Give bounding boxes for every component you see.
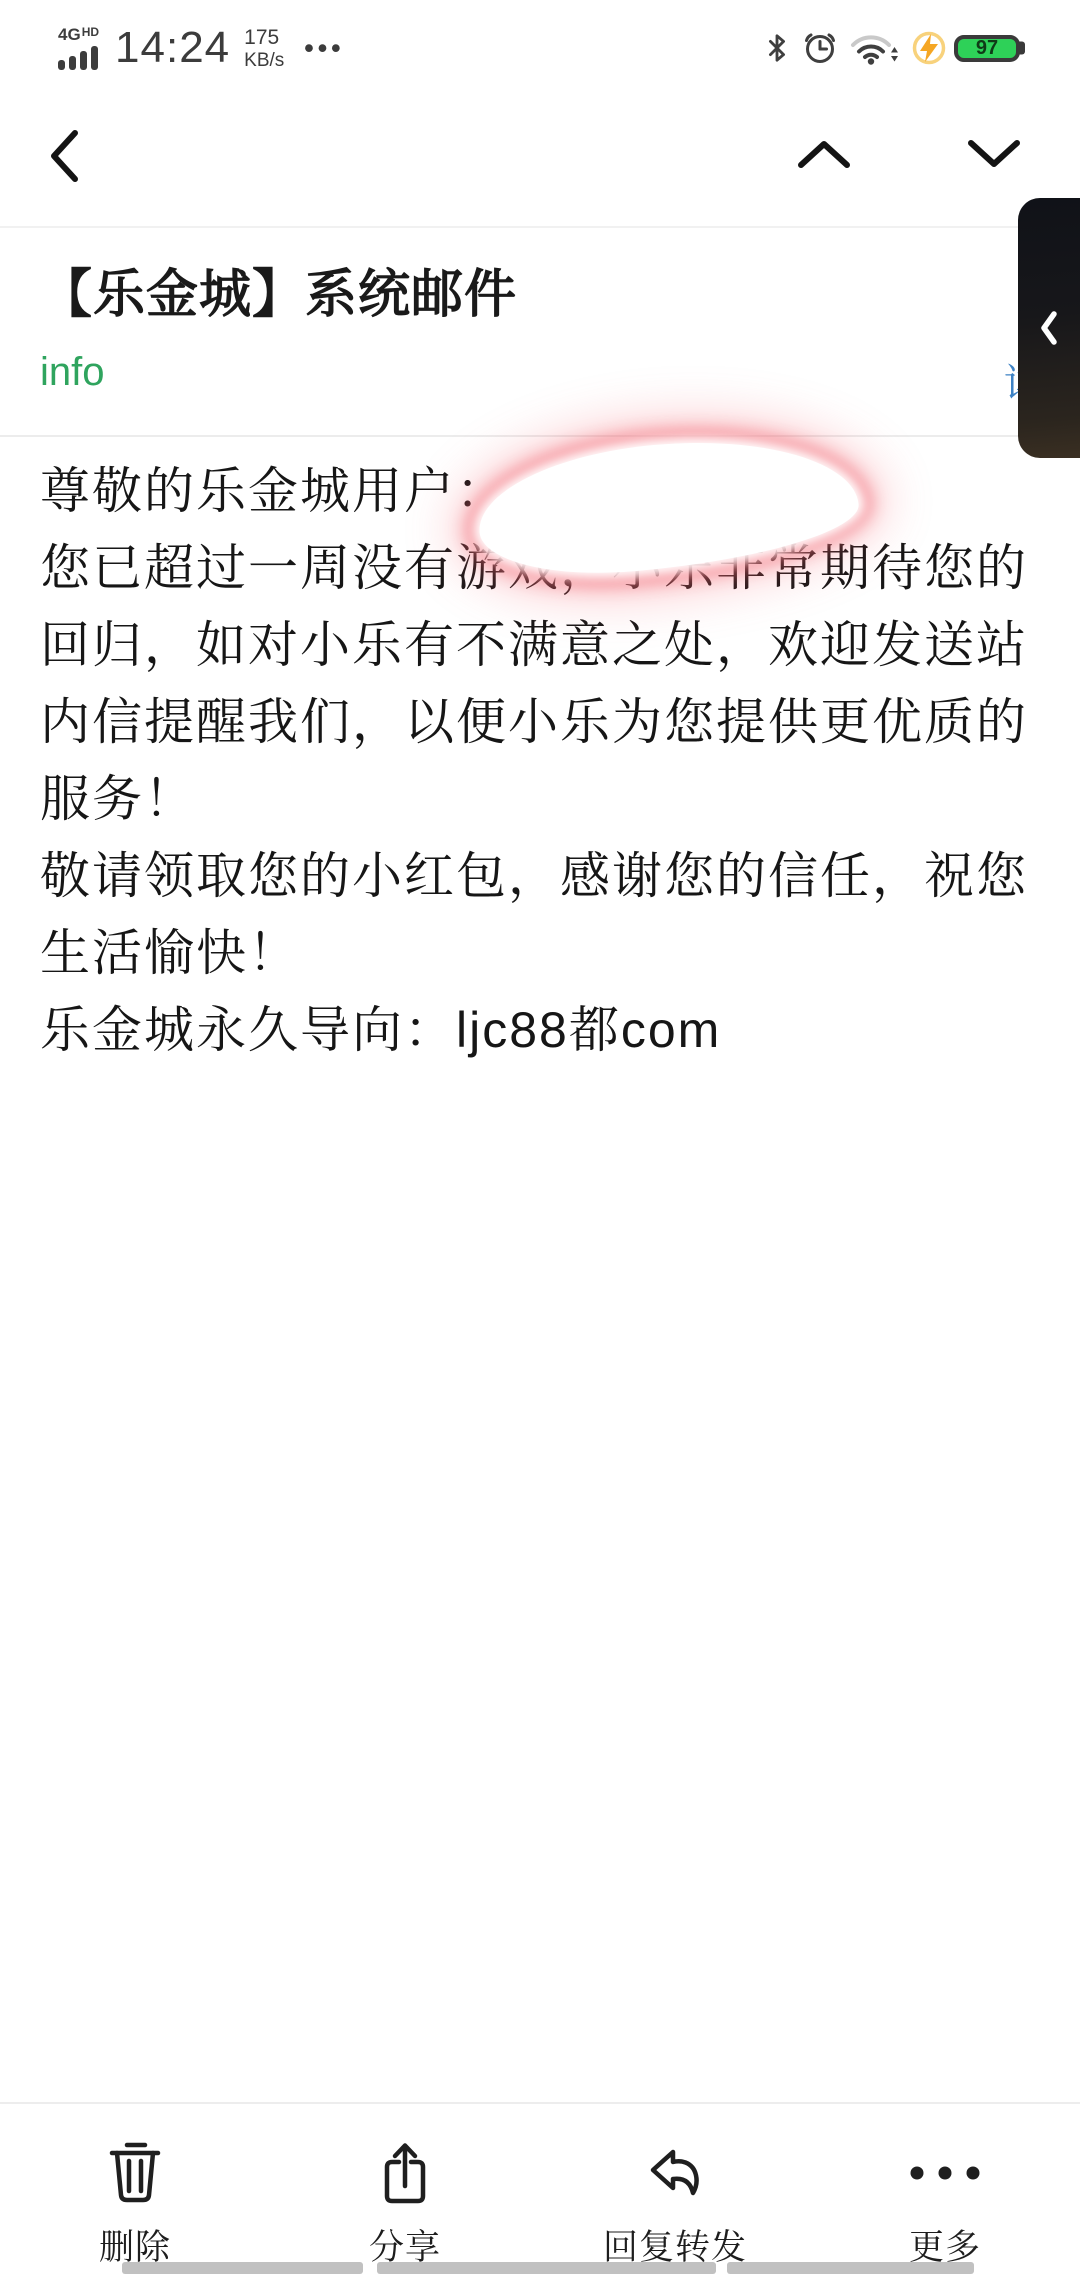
chevron-left-icon (1039, 309, 1059, 347)
reply-forward-icon (642, 2140, 708, 2206)
body-line: 生活愉快！ (40, 915, 1060, 992)
clock-time: 14:24 (115, 23, 230, 73)
more-icon (907, 2163, 983, 2183)
share-button[interactable]: 分享 (270, 2104, 540, 2280)
body-line: 回归，如对小乐有不满意之处，欢迎发送站 (40, 607, 1060, 684)
trash-icon (106, 2140, 164, 2206)
more-button[interactable]: 更多 (810, 2104, 1080, 2280)
next-email-button[interactable] (966, 138, 1022, 170)
signal-bars-icon (58, 46, 98, 70)
status-bar: 4GHD 14:24 175 KB/s ••• 97 (0, 0, 1080, 90)
body-line: 乐金城永久导向：ljc88都com (40, 992, 1060, 1069)
gesture-bars (0, 2262, 1080, 2274)
network-speed: 175 KB/s (244, 27, 284, 70)
network-type-label: 4GHD (58, 26, 99, 43)
cell-signal-icon: 4GHD (58, 26, 99, 70)
bottom-toolbar: 删除 分享 回复转发 更多 (0, 2102, 1080, 2280)
battery-percent: 97 (976, 38, 998, 58)
email-title: 【乐金城】系统邮件 (40, 252, 517, 327)
gesture-bar (122, 2262, 363, 2274)
nav-bar (0, 90, 1080, 228)
status-more-icon: ••• (304, 33, 344, 64)
gesture-bar (727, 2262, 974, 2274)
status-left-group: 4GHD 14:24 175 KB/s ••• (58, 23, 345, 73)
bluetooth-icon (766, 32, 788, 64)
chevron-up-icon (796, 138, 852, 170)
screen: 4GHD 14:24 175 KB/s ••• 97 (0, 0, 1080, 2280)
email-header: 【乐金城】系统邮件 info 详情 (0, 230, 1080, 437)
gesture-bar (377, 2262, 716, 2274)
battery-indicator: 97 (954, 35, 1020, 62)
sender-label: info (40, 350, 105, 395)
body-line: 服务！ (40, 761, 1060, 838)
chevron-down-icon (966, 138, 1022, 170)
wifi-icon (850, 31, 900, 65)
prev-email-button[interactable] (796, 138, 852, 170)
delete-button[interactable]: 删除 (0, 2104, 270, 2280)
battery-nub (1019, 42, 1025, 55)
body-line: 敬请领取您的小红包，感谢您的信任，祝您 (40, 838, 1060, 915)
back-icon (48, 128, 80, 184)
body-line: 内信提醒我们，以便小乐为您提供更优质的 (40, 684, 1060, 761)
status-right-group: 97 (766, 31, 1020, 65)
floating-sidebar-handle[interactable] (1018, 198, 1080, 458)
reply-forward-button[interactable]: 回复转发 (540, 2104, 810, 2280)
back-button[interactable] (48, 128, 80, 184)
charging-bolt-icon (912, 31, 946, 65)
alarm-clock-icon (804, 32, 836, 64)
share-icon (377, 2140, 433, 2206)
